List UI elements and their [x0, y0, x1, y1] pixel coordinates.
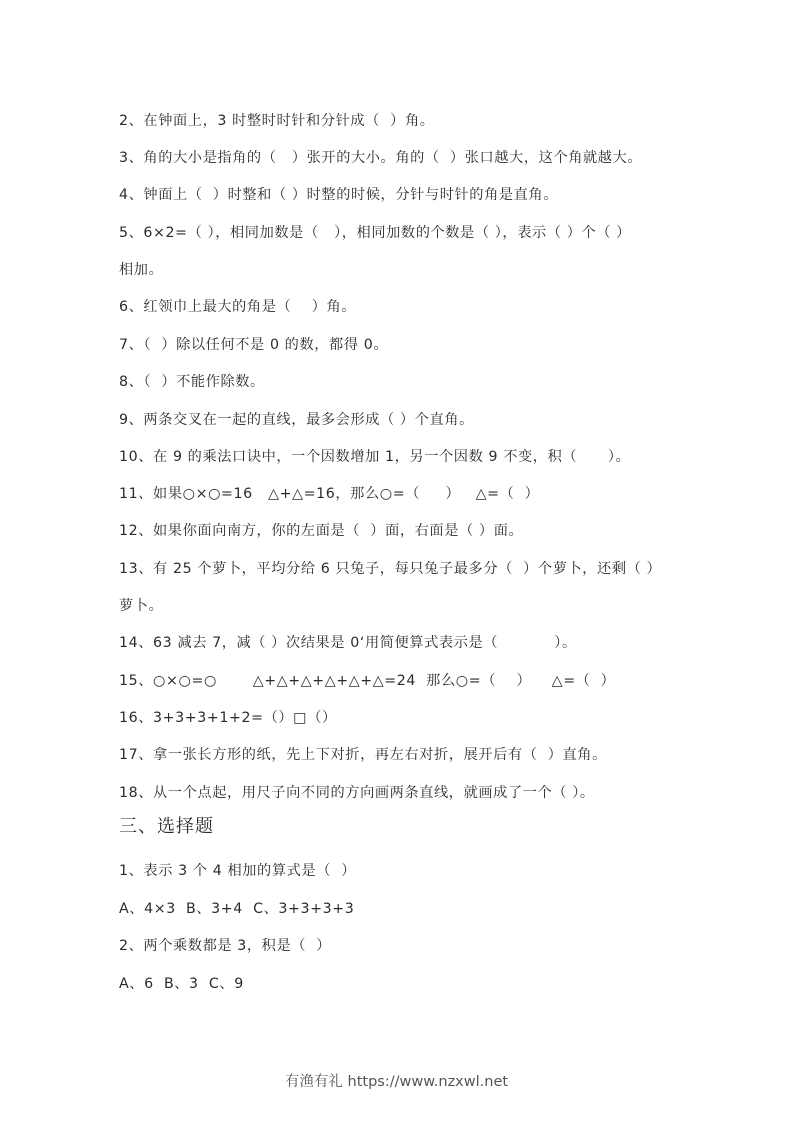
- question-9: 9、两条交叉在一起的直线，最多会形成（ ）个直角。: [119, 410, 474, 430]
- question-2: 2、在钟面上，3 时整时时针和分针成（ ）角。: [119, 111, 435, 131]
- question-4: 4、钟面上（ ）时整和（ ）时整的时候，分针与时针的角是直角。: [119, 185, 558, 205]
- choice-question-1-options: A、4×3 B、3+4 C、3+3+3+3: [119, 899, 354, 919]
- question-8: 8、（ ）不能作除数。: [119, 372, 265, 392]
- choice-question-2: 2、两个乘数都是 3，积是（ ）: [119, 936, 331, 956]
- question-5-continued: 相加。: [119, 260, 163, 280]
- document-page: 2、在钟面上，3 时整时时针和分针成（ ）角。 3、角的大小是指角的（ ）张开的…: [0, 0, 793, 1122]
- question-12: 12、如果你面向南方，你的左面是（ ）面，右面是（ ）面。: [119, 521, 523, 541]
- question-16: 16、3+3+3+1+2=（）□（）: [119, 708, 337, 728]
- choice-question-2-options: A、6 B、3 C、9: [119, 974, 244, 994]
- question-6: 6、红领巾上最大的角是（ ）角。: [119, 297, 356, 317]
- question-13: 13、有 25 个萝卜，平均分给 6 只兔子，每只兔子最多分（ ）个萝卜，还剩（…: [119, 559, 661, 579]
- question-18: 18、从一个点起，用尺子向不同的方向画两条直线，就画成了一个（ ）。: [119, 783, 595, 803]
- question-14: 14、63 减去 7，减（ ）次结果是 0‘用简便算式表示是（ ）。: [119, 633, 577, 653]
- question-13-continued: 萝卜。: [119, 596, 163, 616]
- question-5: 5、6×2=（ ），相同加数是（ ），相同加数的个数是（ ），表示（ ）个（ ）: [119, 223, 631, 243]
- question-11: 11、如果○×○=16 △+△=16，那么○=（ ） △=（ ）: [119, 484, 539, 504]
- choice-question-1: 1、表示 3 个 4 相加的算式是（ ）: [119, 861, 356, 881]
- question-7: 7、（ ）除以任何不是 0 的数，都得 0。: [119, 335, 388, 355]
- question-17: 17、拿一张长方形的纸，先上下对折，再左右对折，展开后有（ ）直角。: [119, 745, 607, 765]
- footer-watermark: 有渔有礼 https://www.nzxwl.net: [0, 1070, 793, 1091]
- question-10: 10、在 9 的乘法口诀中，一个因数增加 1，另一个因数 9 不变，积（ ）。: [119, 447, 630, 467]
- section-heading-choice: 三、选择题: [119, 815, 214, 839]
- question-15: 15、○×○=○ △+△+△+△+△+△=24 那么○=（ ） △=（ ）: [119, 671, 615, 691]
- question-3: 3、角的大小是指角的（ ）张开的大小。角的（ ）张口越大，这个角就越大。: [119, 148, 642, 168]
